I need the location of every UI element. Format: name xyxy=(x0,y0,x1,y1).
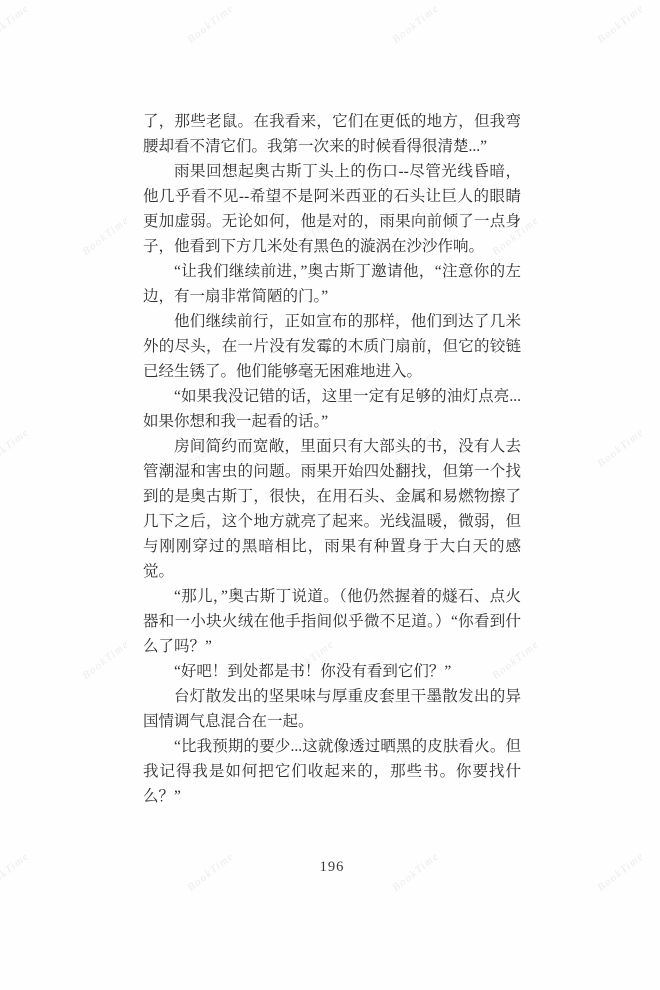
book-page: BookTimeBookTimeBookTimeBookTimeBookTime… xyxy=(0,0,660,990)
page-text-block: 了，那些老鼠。在我看来，它们在更低的地方，但我弯腰却看不清它们。我第一次来的时候… xyxy=(143,109,521,809)
watermark-text: BookTime xyxy=(80,638,132,682)
watermark-text: BookTime xyxy=(390,2,442,46)
paragraph: “比我预期的要少...这就像透过晒黑的皮肤看火。但我记得我是如何把它们收起来的，… xyxy=(143,734,521,809)
page-number: 196 xyxy=(0,859,660,876)
paragraph: 了，那些老鼠。在我看来，它们在更低的地方，但我弯腰却看不清它们。我第一次来的时候… xyxy=(143,109,521,159)
watermark-text: BookTime xyxy=(80,214,132,258)
watermark-text: BookTime xyxy=(595,2,647,46)
watermark-text: BookTime xyxy=(0,2,32,46)
paragraph: “如果我没记错的话，这里一定有足够的油灯点亮...如果你想和我一起看的话。” xyxy=(143,384,521,434)
paragraph: 他们继续前行，正如宣布的那样，他们到达了几米外的尽头，在一片没有发霉的木质门扇前… xyxy=(143,309,521,384)
watermark-text: BookTime xyxy=(0,426,32,470)
paragraph: “让我们继续前进，”奥古斯丁邀请他，“注意你的左边，有一扇非常简陋的门。” xyxy=(143,259,521,309)
watermark-text: BookTime xyxy=(185,2,237,46)
watermark-text: BookTime xyxy=(595,426,647,470)
paragraph: “那儿，”奥古斯丁说道。（他仍然握着的燧石、点火器和一小块火绒在他手指间似乎微不… xyxy=(143,584,521,659)
paragraph: “好吧！到处都是书！你没有看到它们？” xyxy=(143,659,521,684)
paragraph: 房间简约而宽敞，里面只有大部头的书，没有人去管潮湿和害虫的问题。雨果开始四处翻找… xyxy=(143,434,521,584)
paragraph: 雨果回想起奥古斯丁头上的伤口--尽管光线昏暗，他几乎看不见--希望不是阿米西亚的… xyxy=(143,159,521,259)
paragraph: 台灯散发出的坚果味与厚重皮套里干墨散发出的异国情调气息混合在一起。 xyxy=(143,684,521,734)
